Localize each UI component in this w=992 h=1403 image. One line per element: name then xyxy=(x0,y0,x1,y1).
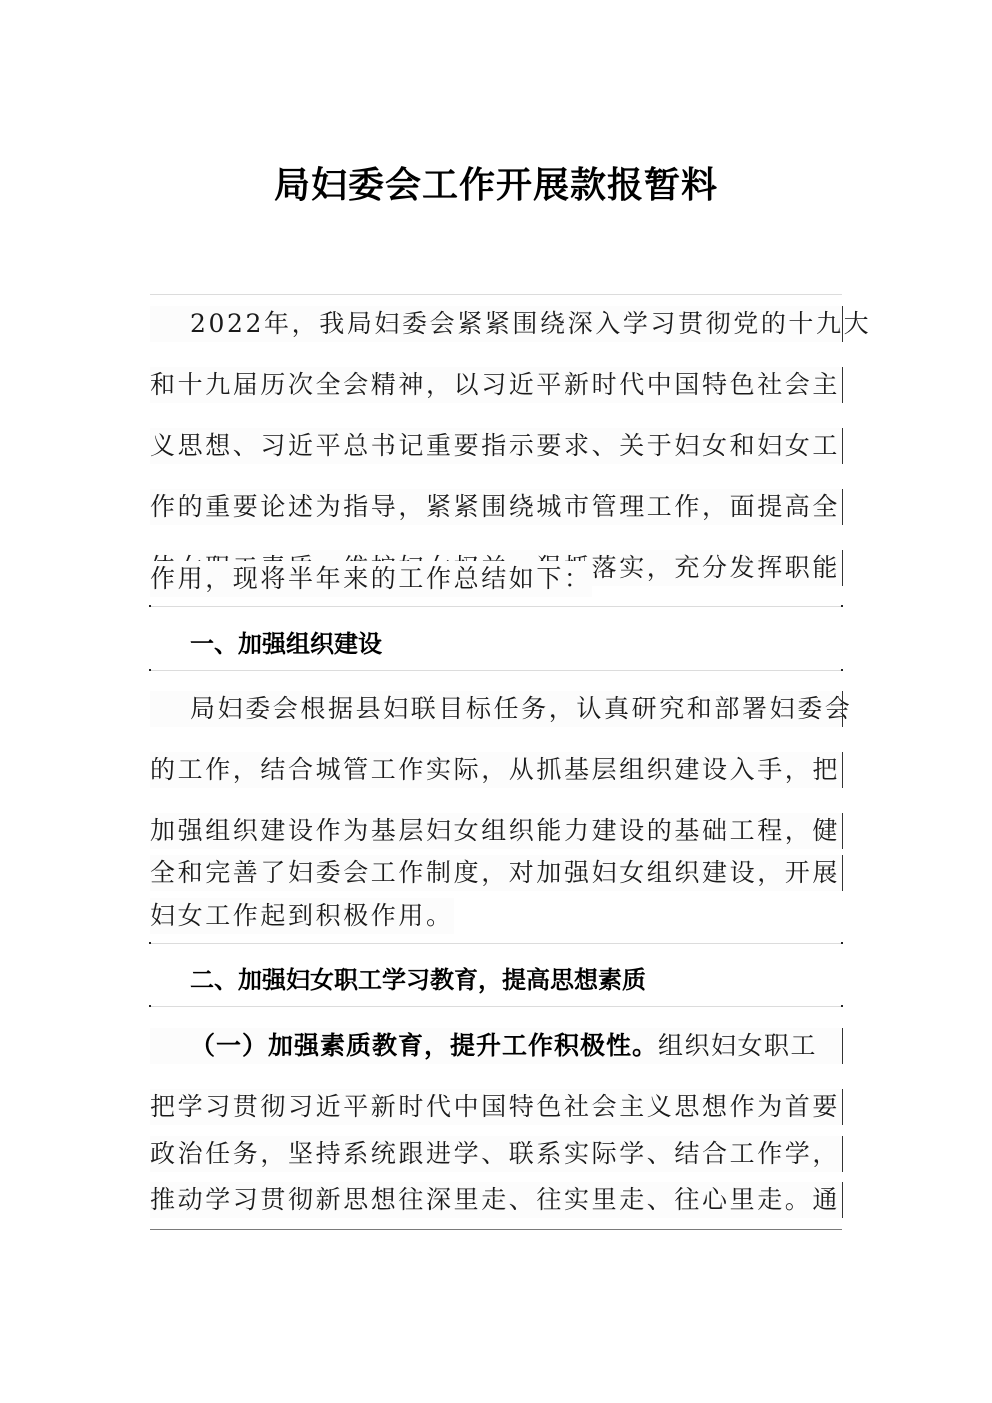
section1-line-5: 妇女工作起到积极作用。 xyxy=(150,898,454,934)
paragraph-divider xyxy=(150,670,842,671)
line-end-marker xyxy=(842,691,843,727)
line-end-marker xyxy=(842,428,843,464)
subsection-lead: （一）加强素质教育，提升工作积极性。 xyxy=(190,1031,658,1060)
text-run: 2022年，我局妇委会紧紧围绕深入学习贯彻党的十九大 xyxy=(190,309,871,338)
line-end-marker xyxy=(842,367,843,403)
line-end-marker xyxy=(842,813,843,849)
text-run: 义思想、习近平总书记重要指示要求、关于妇女和妇女工 xyxy=(150,431,840,460)
text-run: 全和完善了妇委会工作制度，对加强妇女组织建设，开展 xyxy=(150,858,840,887)
intro-line-6: 作用，现将半年来的工作总结如下： xyxy=(150,561,592,597)
line-end-marker xyxy=(842,1028,843,1064)
paragraph-divider xyxy=(150,606,842,607)
line-end-marker xyxy=(842,489,843,525)
text-run: 局妇委会根据县妇联目标任务，认真研究和部署妇委会 xyxy=(190,694,852,723)
section2-sub1-line-2: 把学习贯彻习近平新时代中国特色社会主义思想作为首要 xyxy=(150,1089,842,1125)
line-end-marker xyxy=(842,1136,843,1172)
section-heading-1: 一、加强组织建设 xyxy=(190,626,382,662)
section1-line-2: 的工作，结合城管工作实际，从抓基层组织建设入手，把 xyxy=(150,752,842,788)
paragraph-divider xyxy=(150,943,842,944)
text-run: 和十九届历次全会精神，以习近平新时代中国特色社会主 xyxy=(150,370,840,399)
section2-sub1-line-3: 政治任务，坚持系统跟进学、联系实际学、结合工作学， xyxy=(150,1136,842,1172)
text-run: 政治任务，坚持系统跟进学、联系实际学、结合工作学， xyxy=(150,1139,840,1168)
text-run: 妇女工作起到积极作用。 xyxy=(150,901,454,930)
line-end-marker xyxy=(842,1089,843,1125)
text-run: 组织妇女职工 xyxy=(658,1031,817,1060)
section1-line-3: 加强组织建设作为基层妇女组织能力建设的基础工程，健 xyxy=(150,813,842,849)
text-run: 的工作，结合城管工作实际，从抓基层组织建设入手，把 xyxy=(150,755,840,784)
intro-line-1: 2022年，我局妇委会紧紧围绕深入学习贯彻党的十九大 xyxy=(150,306,842,342)
section1-line-4: 全和完善了妇委会工作制度，对加强妇女组织建设，开展 xyxy=(150,855,842,891)
intro-line-3: 义思想、习近平总书记重要指示要求、关于妇女和妇女工 xyxy=(150,428,842,464)
text-run: 加强组织建设作为基层妇女组织能力建设的基础工程，健 xyxy=(150,816,840,845)
document-title: 局妇委会工作开展款报暂料 xyxy=(0,160,992,212)
intro-line-4: 作的重要论述为指导，紧紧围绕城市管理工作，面提高全 xyxy=(150,489,842,525)
line-end-marker xyxy=(842,550,843,586)
line-end-marker xyxy=(842,1182,843,1218)
text-run: 作用，现将半年来的工作总结如下： xyxy=(150,564,592,593)
section2-sub1-line-4: 推动学习贯彻新思想往深里走、往实里走、往心里走。通 xyxy=(150,1182,842,1218)
line-end-marker xyxy=(842,306,843,342)
text-run: 推动学习贯彻新思想往深里走、往实里走、往心里走。通 xyxy=(150,1185,840,1214)
line-end-marker xyxy=(842,752,843,788)
document-page: 局妇委会工作开展款报暂料 2022年，我局妇委会紧紧围绕深入学习贯彻党的十九大 … xyxy=(0,0,992,1403)
paragraph-divider xyxy=(150,1006,842,1007)
page-content-bottom-rule xyxy=(150,1229,842,1230)
section-heading-2: 二、加强妇女职工学习教育，提高思想素质 xyxy=(190,962,646,998)
intro-line-2: 和十九届历次全会精神，以习近平新时代中国特色社会主 xyxy=(150,367,842,403)
section2-sub1-line-1: （一）加强素质教育，提升工作积极性。组织妇女职工 xyxy=(150,1028,842,1064)
section1-line-1: 局妇委会根据县妇联目标任务，认真研究和部署妇委会 xyxy=(150,691,842,727)
paragraph-divider xyxy=(150,294,842,295)
text-run: 作的重要论述为指导，紧紧围绕城市管理工作，面提高全 xyxy=(150,492,840,521)
line-end-marker xyxy=(842,855,843,891)
text-run: 把学习贯彻习近平新时代中国特色社会主义思想作为首要 xyxy=(150,1092,840,1121)
